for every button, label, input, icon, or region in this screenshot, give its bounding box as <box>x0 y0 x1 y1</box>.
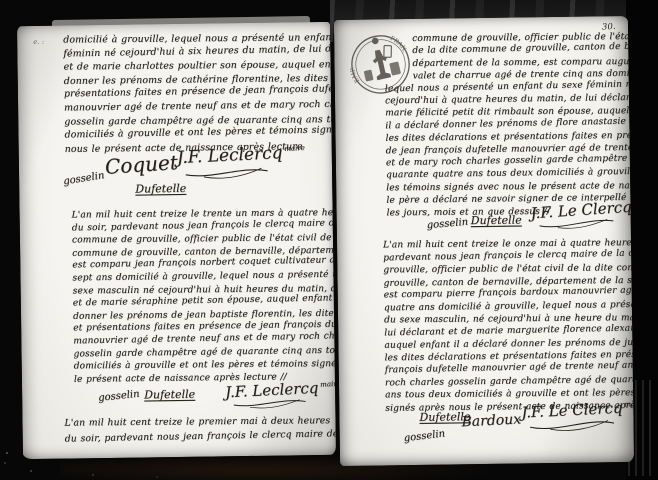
signature-coquet: Coquet <box>104 150 178 179</box>
register-photo: e. : domicilié à grouville, lequel nous … <box>0 0 658 480</box>
signature-dufetelle: Dufetelle <box>144 388 195 402</box>
signature-flourish <box>183 164 270 182</box>
signature-officer-title: maire <box>320 380 336 389</box>
act-ending-block: commune de grouville, officier public de… <box>384 29 634 220</box>
signature-flourish <box>231 395 307 411</box>
act-ending-block: domicilié à grouville, lequel nous a pré… <box>63 29 336 156</box>
signature-dufetelle: Dufetelle <box>471 213 522 227</box>
signature-bardoux: Bardoux <box>461 411 521 430</box>
signature-gosselin: gosselin <box>403 428 445 444</box>
signature-officer-title: maire <box>624 400 634 409</box>
dust-specks <box>6 452 8 454</box>
left-page: e. : domicilié à grouville, lequel nous … <box>17 22 336 459</box>
act-next-start-block: L'an mil huit cent treize le premier mai… <box>64 412 336 447</box>
signature-dufetelle: Dufetelle <box>135 182 186 196</box>
signature-officer-title: maire <box>284 144 305 153</box>
signature-gosselin: gosselin <box>63 170 106 187</box>
signature-flourish <box>528 415 617 435</box>
signature-gosselin: gosselin <box>98 389 140 404</box>
signature-gosselin: gosselin <box>426 217 468 231</box>
right-page: 30. EMP. FRAN. commune de grouville, off… <box>334 16 634 466</box>
margin-mark: e. : <box>33 38 44 46</box>
stamp-text-left: EMP. <box>349 65 362 84</box>
act-bardoux-block: L'an mil huit cent treize le onze mai à … <box>383 235 634 415</box>
act-coquet-block: L'an mil huit cent treize le trente un m… <box>72 205 336 386</box>
svg-text:EMP.: EMP. <box>349 65 362 84</box>
